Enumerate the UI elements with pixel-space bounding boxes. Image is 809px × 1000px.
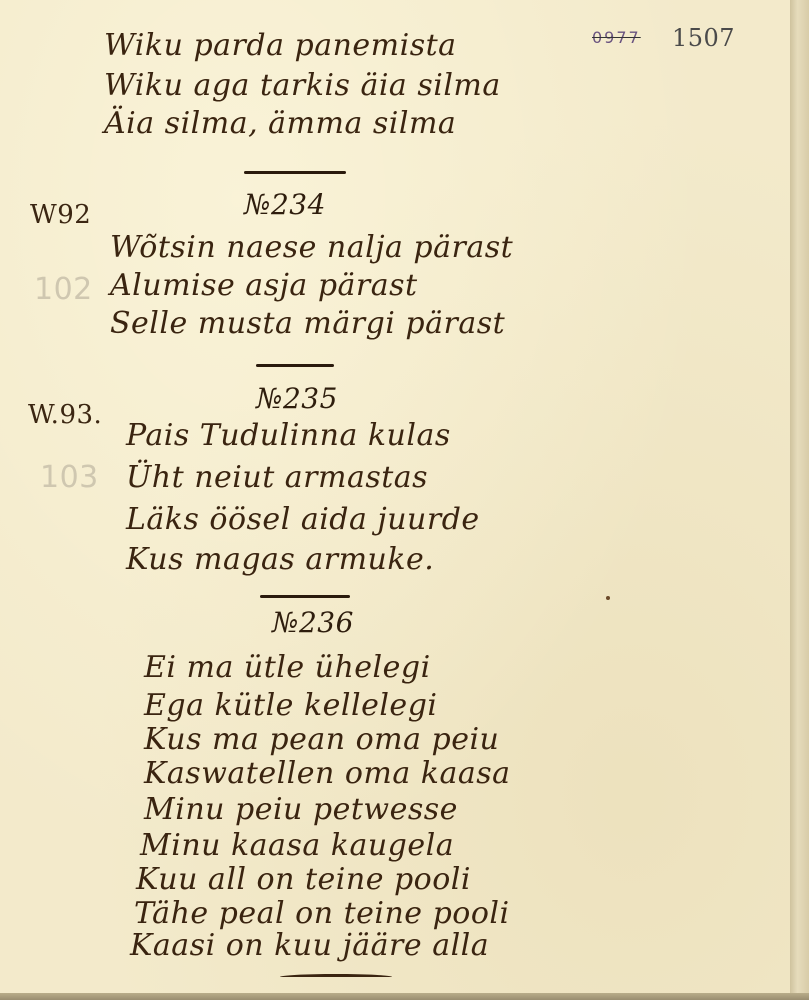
- verse-line: Kus ma pean oma peiu: [144, 722, 499, 757]
- verse-line: Üht neiut armastas: [126, 460, 428, 495]
- margin-reference: W.93.: [28, 400, 102, 430]
- section-divider: [256, 364, 334, 367]
- margin-reference: W92: [30, 200, 91, 230]
- ink-spot: [606, 596, 610, 600]
- verse-line: Wõtsin naese nalja pärast: [110, 230, 513, 265]
- verse-line: Wiku parda panemista: [104, 28, 457, 63]
- struck-catalog-number: 0977: [592, 28, 641, 47]
- verse-line: Äia silma, ämma silma: [104, 106, 456, 141]
- verse-line: Minu peiu petwesse: [144, 792, 458, 827]
- verse-line: Ei ma ütle ühelegi: [144, 650, 431, 685]
- verse-line: Kus magas armuke.: [126, 542, 434, 577]
- page-catalog-number: 1507: [672, 24, 735, 52]
- verse-line: Kaswatellen oma kaasa: [144, 756, 511, 791]
- verse-line: Ega kütle kellelegi: [144, 688, 438, 723]
- verse-line: Minu kaasa kaugela: [140, 828, 454, 863]
- pencil-reference: 103: [40, 460, 99, 495]
- verse-line: Wiku aga tarkis äia silma: [104, 68, 501, 103]
- verse-line: Selle musta märgi pärast: [110, 306, 505, 341]
- verse-line: Läks öösel aida juurde: [126, 502, 480, 537]
- section-divider: [244, 171, 346, 174]
- page-edge: [0, 993, 809, 1000]
- verse-line: Tähe peal on teine pooli: [134, 896, 510, 931]
- end-divider: [280, 974, 392, 977]
- song-number: №234: [244, 188, 326, 221]
- verse-line: Alumise asja pärast: [110, 268, 418, 303]
- verse-line: Kuu all on teine pooli: [136, 862, 471, 897]
- page-edge: [790, 0, 809, 1000]
- song-number: №236: [272, 606, 354, 639]
- section-divider: [260, 595, 350, 598]
- pencil-reference: 102: [34, 272, 93, 307]
- verse-line: Pais Tudulinna kulas: [126, 418, 451, 453]
- manuscript-page: 0977 1507 Wiku parda panemista Wiku aga …: [0, 0, 790, 993]
- verse-line: Kaasi on kuu jääre alla: [130, 928, 489, 963]
- song-number: №235: [256, 382, 338, 415]
